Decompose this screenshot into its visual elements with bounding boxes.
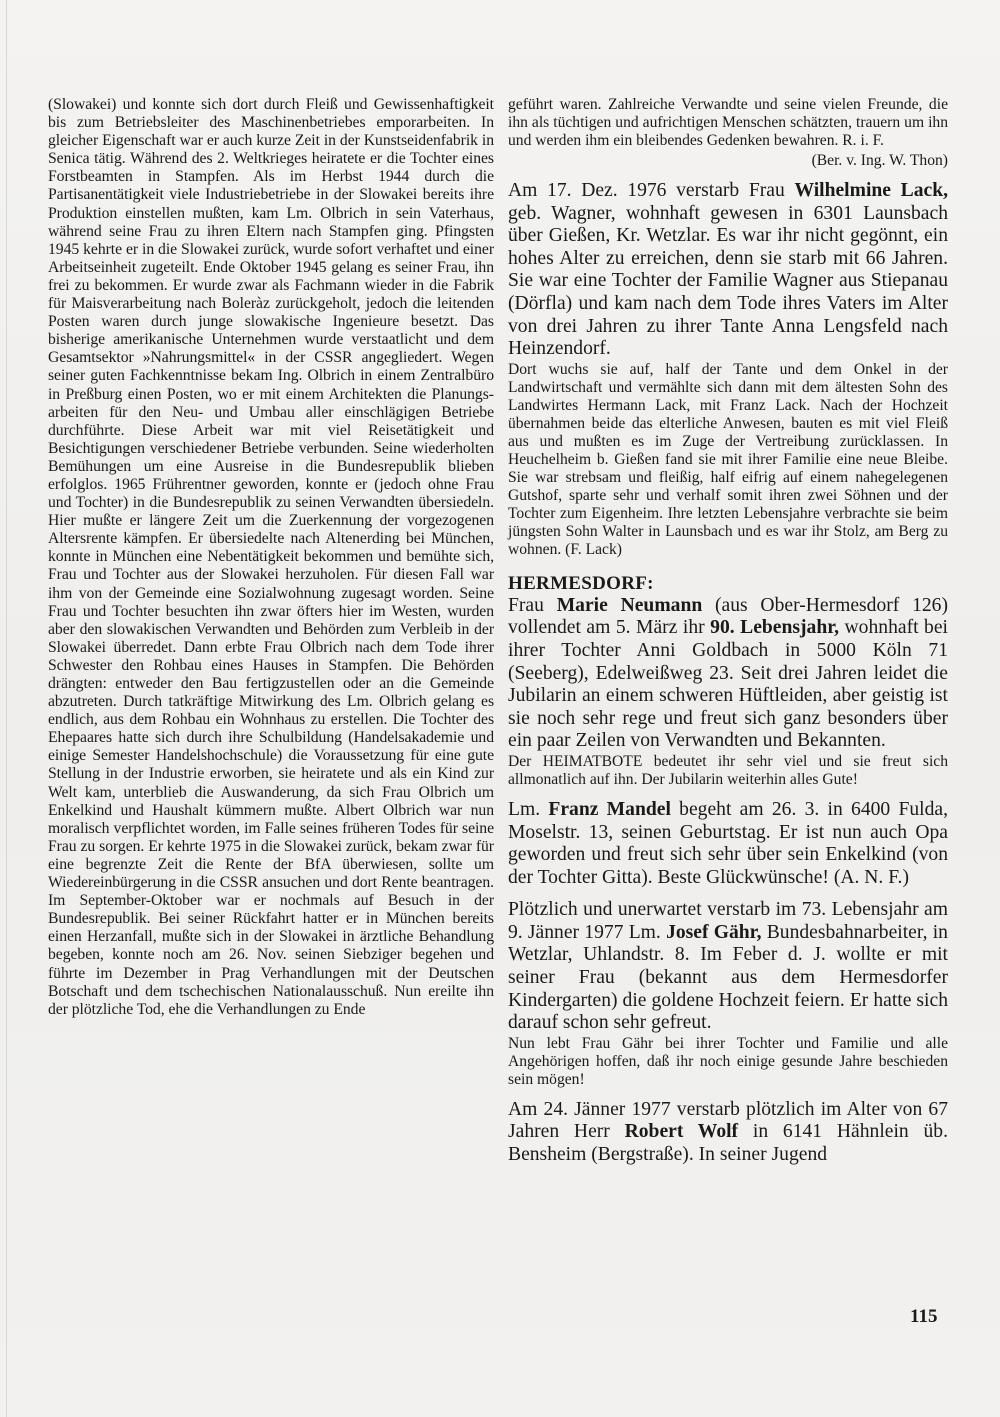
neumann-body: Der HEIMATBOTE bedeutet ihr sehr viel un… xyxy=(508,753,948,789)
lack-lead-text-1: Am 17. Dez. 1976 verstarb Frau xyxy=(508,180,794,201)
page-number: 115 xyxy=(910,1306,937,1328)
mandel-birthday: Lm. Franz Mandel begeht am 26. 3. in 640… xyxy=(508,799,948,889)
gaehr-body: Nun lebt Frau Gähr bei ihrer Tochter und… xyxy=(508,1035,948,1089)
page-edge xyxy=(6,0,7,1417)
section-heading-hermesdorf: HERMESDORF: xyxy=(508,573,948,595)
olbrich-closing-text: geführt waren. Zahlreiche Verwandte und … xyxy=(508,96,948,150)
wolf-obituary: Am 24. Jänner 1977 verstarb plötzlich im… xyxy=(508,1099,948,1167)
lack-name: Wilhelmine Lack, xyxy=(794,180,948,201)
neumann-lead: Frau Marie Neumann (aus Ober-Hermesdorf … xyxy=(508,595,948,753)
lack-obituary: Am 17. Dez. 1976 verstarb Frau Wilhelmin… xyxy=(508,180,948,559)
right-column: geführt waren. Zahlreiche Verwandte und … xyxy=(508,96,948,1167)
scanned-page: (Slowakei) und konnte sich dort durch Fl… xyxy=(0,0,1000,1417)
hermesdorf-section: HERMESDORF: Frau Marie Neumann (aus Ober… xyxy=(508,573,948,789)
gaehr-name: Josef Gähr, xyxy=(666,922,761,943)
olbrich-obituary-body: (Slowakei) und konnte sich dort durch Fl… xyxy=(48,96,494,1019)
lack-lead: Am 17. Dez. 1976 verstarb Frau Wilhelmin… xyxy=(508,180,948,361)
mandel-text-1: Lm. xyxy=(508,799,548,820)
mandel-text: Lm. Franz Mandel begeht am 26. 3. in 640… xyxy=(508,799,948,889)
olbrich-obituary-end: geführt waren. Zahlreiche Verwandte und … xyxy=(508,96,948,170)
lack-lead-text-2: geb. Wagner, wohnhaft gewesen in 6301 La… xyxy=(508,203,948,360)
left-column: (Slowakei) und konnte sich dort durch Fl… xyxy=(48,96,494,1019)
olbrich-attribution: (Ber. v. Ing. W. Thon) xyxy=(508,152,948,170)
lack-body: Dort wuchs sie auf, half der Tante und d… xyxy=(508,361,948,559)
wolf-name: Robert Wolf xyxy=(625,1121,738,1142)
neumann-lead-text-1: Frau xyxy=(508,595,557,616)
gaehr-lead: Plötzlich und unerwartet verstarb im 73.… xyxy=(508,899,948,1035)
neumann-name: Marie Neumann xyxy=(557,595,703,616)
wolf-lead: Am 24. Jänner 1977 verstarb plötzlich im… xyxy=(508,1099,948,1167)
neumann-age: 90. Lebensjahr, xyxy=(710,617,839,638)
mandel-name: Franz Mandel xyxy=(548,799,671,820)
gaehr-obituary: Plötzlich und unerwartet verstarb im 73.… xyxy=(508,899,948,1089)
